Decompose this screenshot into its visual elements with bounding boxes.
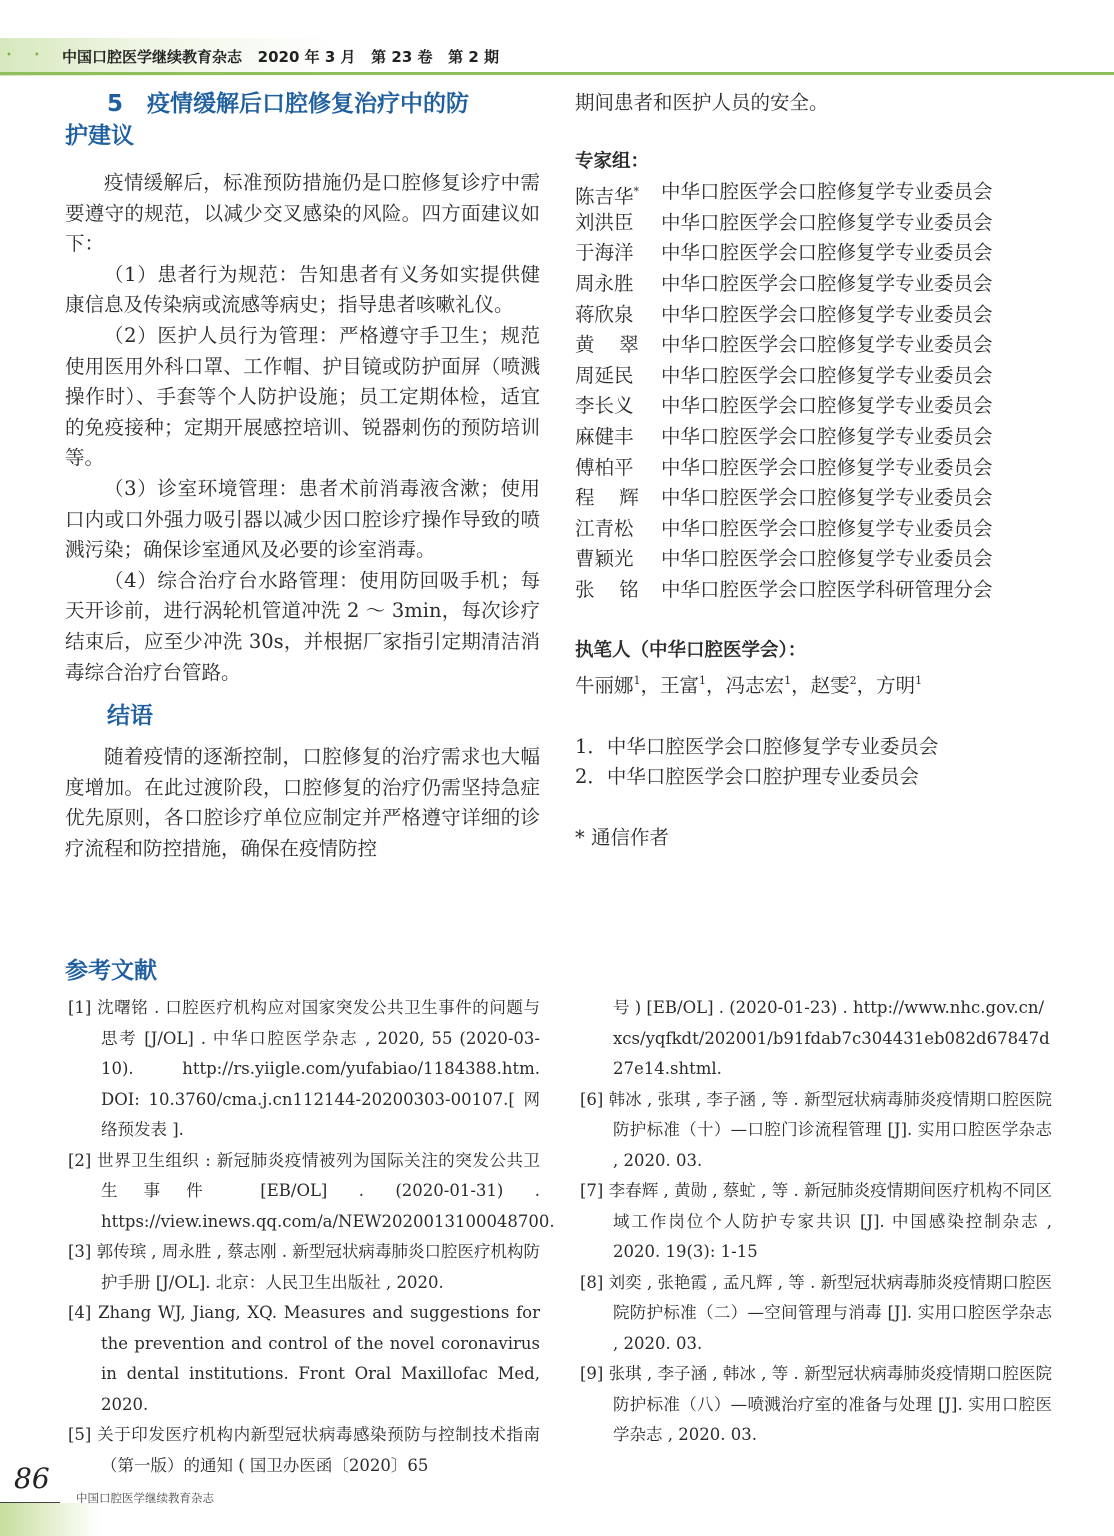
section-title-line1: 疫情缓解后口腔修复治疗中的防 bbox=[147, 91, 469, 117]
expert-row: 陈吉华*中华口腔医学会口腔修复学专业委员会 bbox=[575, 177, 1045, 208]
expert-group-title: 专家组： bbox=[575, 147, 1045, 178]
conclusion-continued: 期间患者和医护人员的安全。 bbox=[575, 88, 1045, 119]
footer-band bbox=[0, 1503, 100, 1536]
reference-3: [3] 郭传瑸 , 周永胜 , 蔡志刚 . 新型冠状病毒肺炎口腔医疗机构防护手册… bbox=[68, 1237, 540, 1298]
expert-row: 蒋欣泉中华口腔医学会口腔修复学专业委员会 bbox=[575, 300, 1045, 331]
reference-9: [9] 张琪 , 李子涵 , 韩冰 , 等 . 新型冠状病毒肺炎疫情期口腔医院防… bbox=[580, 1359, 1052, 1451]
running-header: 中国口腔医学继续教育杂志 2020 年 3 月 第 23 卷 第 2 期 bbox=[62, 46, 499, 67]
expert-row: 傅柏平中华口腔医学会口腔修复学专业委员会 bbox=[575, 453, 1045, 484]
left-column: 5疫情缓解后口腔修复治疗中的防 护建议 疫情缓解后，标准预防措施仍是口腔修复诊疗… bbox=[65, 88, 540, 864]
recommendation-4: （4）综合治疗台水路管理：使用防回吸手机；每天开诊前，进行涡轮机管道冲洗 2 ～… bbox=[65, 566, 540, 688]
reference-5: [5] 关于印发医疗机构内新型冠状病毒感染预防与控制技术指南（第一版）的通知 (… bbox=[68, 1420, 540, 1481]
reference-7: [7] 李春辉 , 黄勋 , 蔡虻 , 等 . 新冠肺炎疫情期间医疗机构不同区域… bbox=[580, 1176, 1052, 1268]
corresponding-author-note: * 通信作者 bbox=[575, 823, 1045, 854]
reference-8: [8] 刘奕 , 张艳霞 , 孟凡辉 , 等 . 新型冠状病毒肺炎疫情期口腔医院… bbox=[580, 1268, 1052, 1360]
expert-row: 张 铭中华口腔医学会口腔医学科研管理分会 bbox=[575, 575, 1045, 606]
expert-row: 李长义中华口腔医学会口腔修复学专业委员会 bbox=[575, 391, 1045, 422]
reference-1: [1] 沈曙铭 . 口腔医疗机构应对国家突发公共卫生事件的问题与思考 [J/OL… bbox=[68, 993, 540, 1146]
expert-row: 刘洪臣中华口腔医学会口腔修复学专业委员会 bbox=[575, 208, 1045, 239]
right-column: 期间患者和医护人员的安全。 专家组： 陈吉华*中华口腔医学会口腔修复学专业委员会… bbox=[575, 88, 1045, 853]
reference-5-continued: 号 ) [EB/OL] . (2020-01-23) . http://www.… bbox=[580, 993, 1052, 1085]
section-title-line2: 护建议 bbox=[65, 123, 134, 149]
conclusion-heading: 结语 bbox=[65, 700, 540, 732]
references-heading: 参考文献 bbox=[65, 952, 157, 985]
expert-row: 江青松中华口腔医学会口腔修复学专业委员会 bbox=[575, 514, 1045, 545]
expert-row: 于海洋中华口腔医学会口腔修复学专业委员会 bbox=[575, 238, 1045, 269]
expert-row: 程 辉中华口腔医学会口腔修复学专业委员会 bbox=[575, 483, 1045, 514]
section-5-heading: 5疫情缓解后口腔修复治疗中的防 护建议 bbox=[65, 88, 540, 152]
recommendation-2: （2）医护人员行为管理：严格遵守手卫生；规范使用医用外科口罩、工作帽、护目镜或防… bbox=[65, 321, 540, 474]
expert-row: 周永胜中华口腔医学会口腔修复学专业委员会 bbox=[575, 269, 1045, 300]
expert-list: 陈吉华*中华口腔医学会口腔修复学专业委员会 刘洪臣中华口腔医学会口腔修复学专业委… bbox=[575, 177, 1045, 605]
reference-4: [4] Zhang WJ, Jiang, XQ. Measures and su… bbox=[68, 1298, 540, 1420]
section-5-intro: 疫情缓解后，标准预防措施仍是口腔修复诊疗中需要遵守的规范，以减少交叉感染的风险。… bbox=[65, 168, 540, 260]
reference-2: [2] 世界卫生组织 : 新冠肺炎疫情被列为国际关注的突发公共卫生事件 [EB/… bbox=[68, 1146, 540, 1238]
references-right-column: 号 ) [EB/OL] . (2020-01-23) . http://www.… bbox=[580, 993, 1052, 1451]
writers-title: 执笔人（中华口腔医学会）： bbox=[575, 636, 1045, 667]
section-number: 5 bbox=[65, 88, 147, 120]
affiliation-2: 2．中华口腔医学会口腔护理专业委员会 bbox=[575, 762, 1045, 793]
references-left-column: [1] 沈曙铭 . 口腔医疗机构应对国家突发公共卫生事件的问题与思考 [J/OL… bbox=[68, 993, 540, 1481]
header-rule bbox=[0, 72, 1114, 75]
footer-journal-name: 中国口腔医学继续教育杂志 bbox=[76, 1490, 214, 1506]
expert-row: 麻健丰中华口腔医学会口腔修复学专业委员会 bbox=[575, 422, 1045, 453]
corresponding-mark: * bbox=[634, 185, 640, 198]
affiliation-1: 1．中华口腔医学会口腔修复学专业委员会 bbox=[575, 732, 1045, 763]
expert-row: 曹颖光中华口腔医学会口腔修复学专业委员会 bbox=[575, 544, 1045, 575]
reference-6: [6] 韩冰 , 张琪 , 李子涵 , 等 . 新型冠状病毒肺炎疫情期口腔医院防… bbox=[580, 1085, 1052, 1177]
recommendation-3: （3）诊室环境管理：患者术前消毒液含漱；使用口内或口外强力吸引器以减少因口腔诊疗… bbox=[65, 474, 540, 566]
recommendation-1: （1）患者行为规范：告知患者有义务如实提供健康信息及传染病或流感等病史；指导患者… bbox=[65, 260, 540, 321]
expert-row: 周延民中华口腔医学会口腔修复学专业委员会 bbox=[575, 361, 1045, 392]
conclusion-text: 随着疫情的逐渐控制，口腔修复的治疗需求也大幅度增加。在此过渡阶段，口腔修复的治疗… bbox=[65, 742, 540, 864]
expert-row: 黄 翠中华口腔医学会口腔修复学专业委员会 bbox=[575, 330, 1045, 361]
page-number: 86 bbox=[14, 1462, 50, 1495]
writers-list: 牛丽娜1，王富1，冯志宏1，赵雯2，方明1 bbox=[575, 666, 1045, 702]
